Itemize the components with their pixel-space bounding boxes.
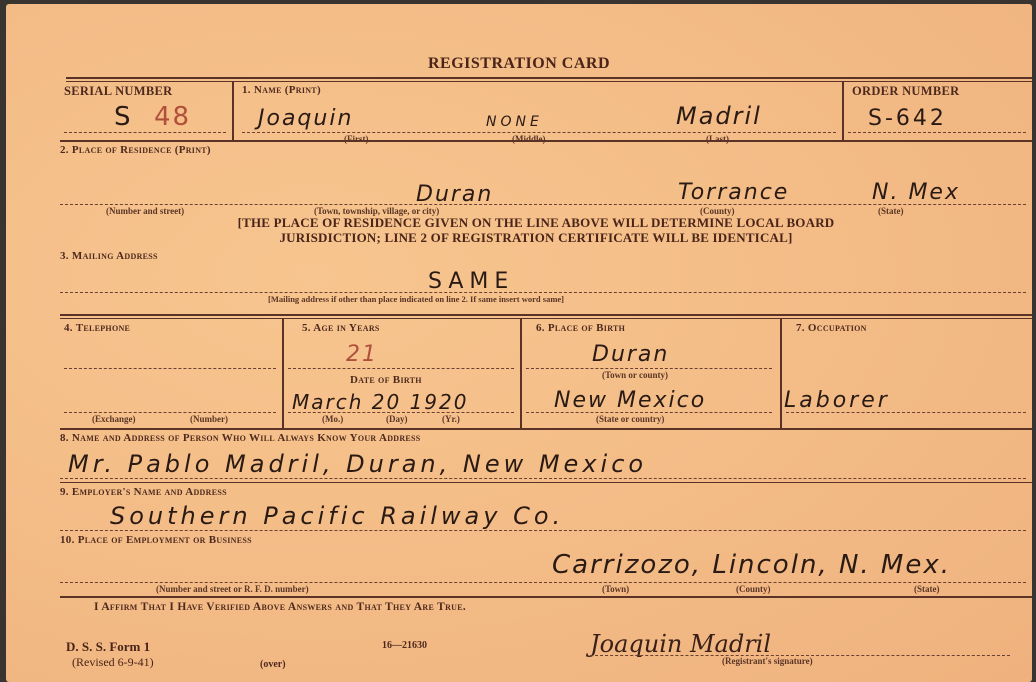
order-number-value: S-642 — [868, 106, 947, 131]
age-value: 21 — [346, 342, 378, 367]
row-rule — [60, 482, 1032, 483]
residence-notice-line1: [THE PLACE OF RESIDENCE GIVEN ON THE LIN… — [106, 215, 966, 230]
mailing-line — [60, 292, 1026, 293]
row-rule-inner — [60, 318, 1032, 319]
first-caption: (First) — [344, 134, 369, 144]
telephone-label: 4. Telephone — [64, 322, 130, 334]
employment-street-caption: (Number and street or R. F. D. number) — [156, 584, 309, 594]
age-label: 5. Age in Years — [302, 322, 380, 334]
dob-value: March 20 1920 — [292, 390, 468, 414]
divider — [780, 318, 782, 428]
number-caption: (Number) — [190, 414, 228, 424]
name-label: 1. Name (Print) — [242, 84, 321, 96]
residence-state-value: N. Mex — [872, 180, 960, 205]
serial-number-label: SERIAL NUMBER — [64, 84, 172, 99]
middle-name-value: NONE — [486, 114, 543, 130]
signature-caption: (Registrant's signature) — [722, 656, 813, 666]
registration-card: REGISTRATION CARD SERIAL NUMBER S 48 1. … — [6, 4, 1032, 682]
birthplace-label: 6. Place of Birth — [536, 322, 625, 334]
yr-caption: (Yr.) — [442, 414, 460, 424]
card-title: REGISTRATION CARD — [6, 55, 1032, 73]
row-rule — [60, 140, 1032, 142]
occupation-value: Laborer — [784, 388, 890, 413]
employer-line — [60, 530, 1026, 531]
row-rule — [60, 314, 1032, 316]
birthplace-state-value: New Mexico — [554, 388, 706, 413]
row-rule — [60, 596, 1032, 598]
residence-county-value: Torrance — [678, 180, 789, 205]
employer-value: Southern Pacific Railway Co. — [110, 502, 564, 530]
employment-county-caption: (County) — [736, 584, 771, 594]
mailing-label: 3. Mailing Address — [60, 250, 158, 262]
form-code: 16—21630 — [382, 640, 427, 651]
employment-place-value: Carrizozo, Lincoln, N. Mex. — [552, 550, 951, 580]
last-name-value: Madril — [676, 102, 762, 130]
dob-label: Date of Birth — [350, 374, 422, 386]
middle-caption: (Middle) — [512, 134, 546, 144]
employment-town-caption: (Town) — [602, 584, 629, 594]
telephone-line-2 — [64, 412, 276, 413]
row-rule — [60, 428, 1032, 430]
dob-line — [288, 412, 514, 413]
form-revised: (Revised 6-9-41) — [72, 655, 154, 670]
employment-place-label: 10. Place of Employment or Business — [60, 534, 252, 546]
order-line — [848, 132, 1026, 133]
residence-label: 2. Place of Residence (Print) — [60, 144, 211, 156]
birthplace-state-caption: (State or country) — [596, 414, 664, 424]
first-name-value: Joaquin — [258, 106, 353, 131]
employer-label: 9. Employer's Name and Address — [60, 486, 227, 498]
registrant-signature: Joaquin Madril — [590, 630, 771, 658]
divider — [842, 82, 844, 140]
order-number-label: ORDER NUMBER — [852, 84, 959, 99]
telephone-line-1 — [64, 368, 276, 369]
day-caption: (Day) — [386, 414, 408, 424]
last-caption: (Last) — [706, 134, 729, 144]
birthplace-state-line — [526, 412, 772, 413]
occupation-line — [786, 412, 1026, 413]
top-rule-inner — [66, 81, 1032, 82]
occupation-label: 7. Occupation — [796, 322, 867, 334]
contact-value: Mr. Pablo Madril, Duran, New Mexico — [68, 450, 647, 478]
over-text: (over) — [260, 659, 286, 670]
contact-label: 8. Name and Address of Person Who Will A… — [60, 432, 421, 444]
age-line — [288, 368, 514, 369]
serial-line — [64, 132, 226, 133]
exchange-caption: (Exchange) — [92, 414, 136, 424]
form-id: D. S. S. Form 1 — [66, 639, 150, 655]
birthplace-town-caption: (Town or county) — [602, 370, 668, 380]
divider — [520, 318, 522, 428]
serial-number-value: 48 — [154, 102, 191, 132]
residence-line — [60, 204, 1026, 205]
divider — [282, 318, 284, 428]
mailing-caption: [Mailing address if other than place ind… — [268, 294, 564, 304]
divider — [232, 82, 234, 140]
birthplace-town-line — [526, 368, 772, 369]
serial-number-prefix: S — [114, 102, 133, 132]
mailing-value: SAME — [428, 269, 514, 294]
mo-caption: (Mo.) — [322, 414, 343, 424]
employment-place-line — [60, 582, 1026, 583]
birthplace-town-value: Duran — [592, 342, 669, 367]
name-line — [242, 132, 836, 133]
employment-state-caption: (State) — [914, 584, 940, 594]
top-rule — [66, 77, 1032, 79]
contact-line — [60, 478, 1026, 479]
affirmation-text: I Affirm That I Have Verified Above Answ… — [94, 601, 466, 613]
residence-notice-line2: JURISDICTION; LINE 2 OF REGISTRATION CER… — [106, 230, 966, 245]
